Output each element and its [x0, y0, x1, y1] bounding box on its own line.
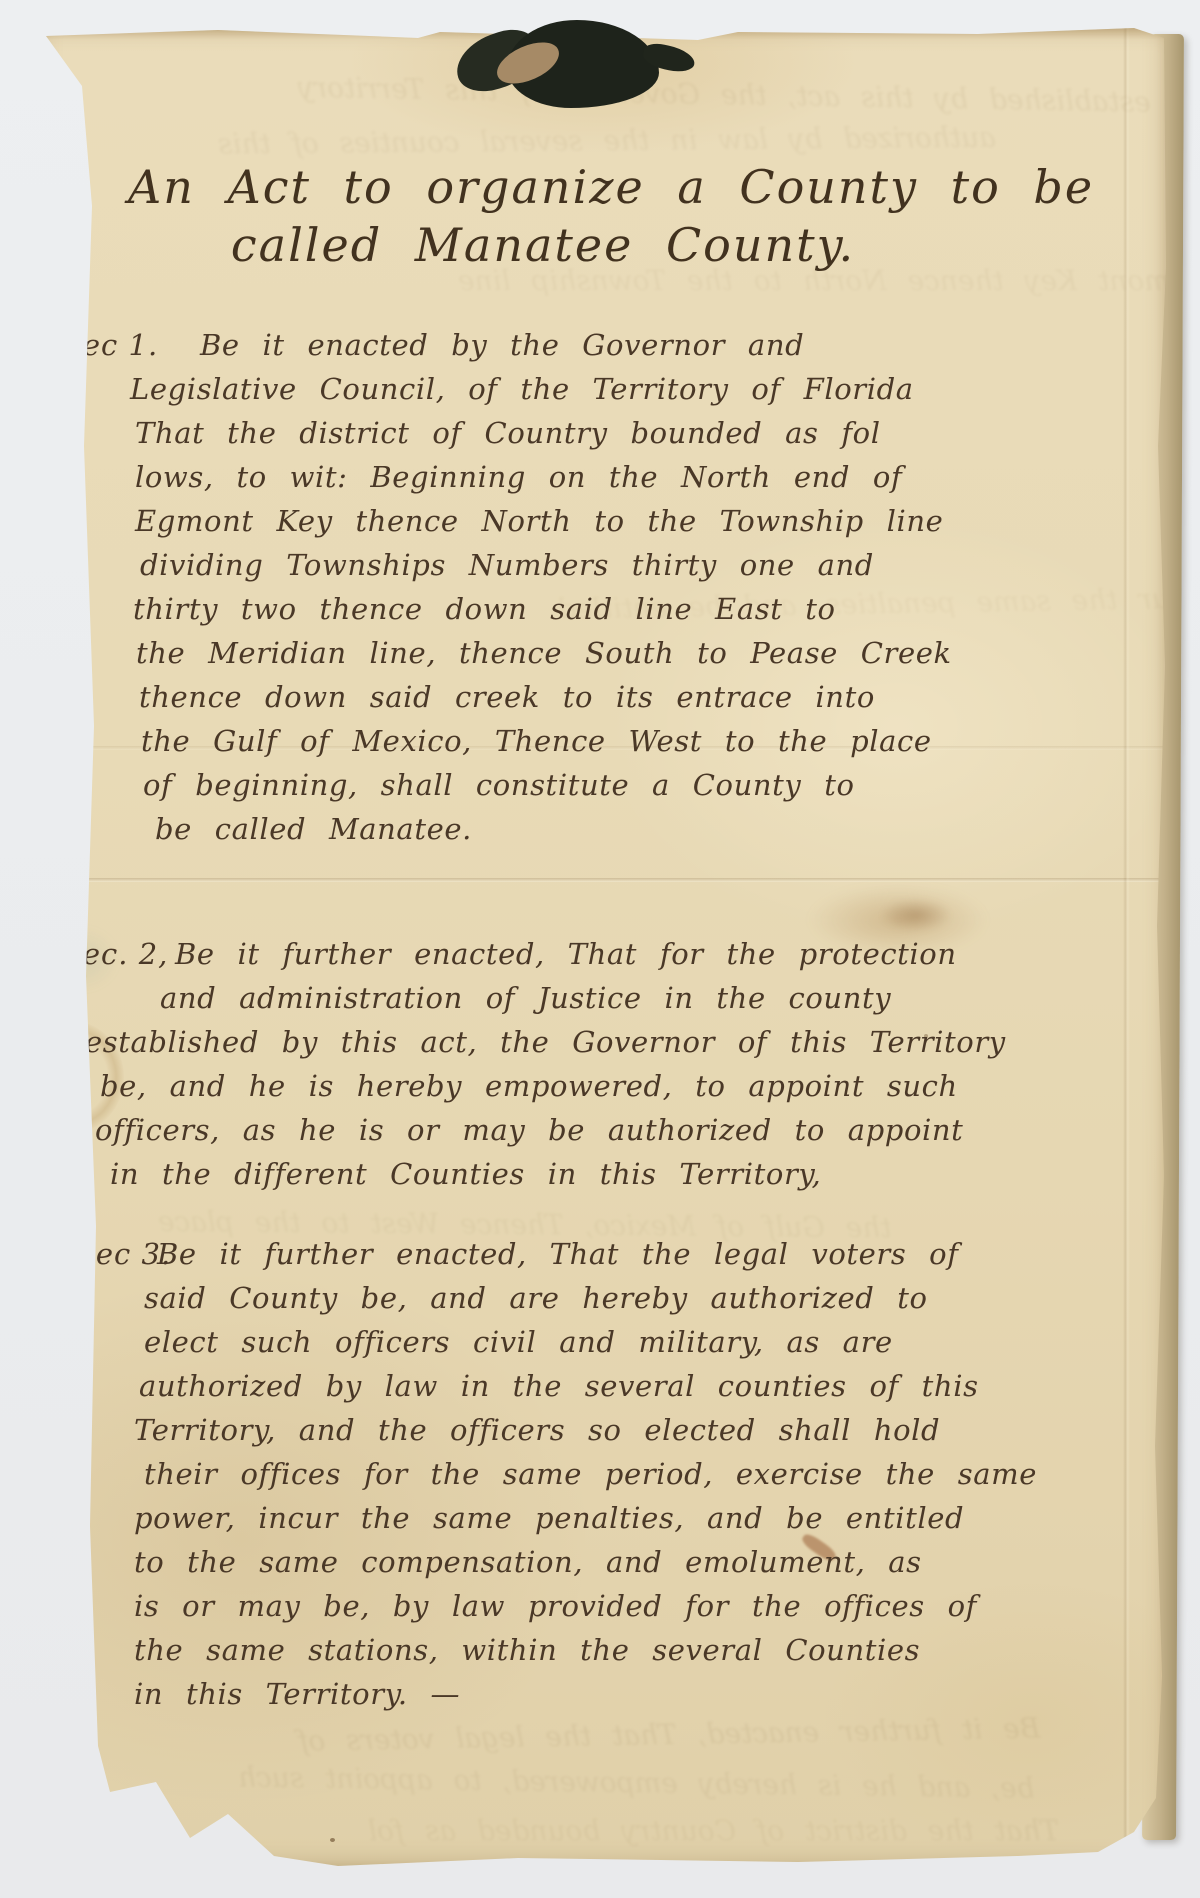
manuscript-line: authorized by law in the several countie… [139, 1364, 1142, 1408]
manuscript-line: the Gulf of Mexico, Thence West to the p… [141, 719, 1142, 763]
manuscript-line: is or may be, by law provided for the of… [134, 1584, 1142, 1628]
manuscript-line: power, incur the same penalties, and be … [134, 1496, 1142, 1540]
section-3: Sec 3. Be it further enacted, That the l… [62, 1232, 1142, 1716]
manuscript-line: and administration of Justice in the cou… [160, 976, 1142, 1020]
bleed-through-text: Be it further enacted, That the legal vo… [298, 1712, 1041, 1758]
section-label: Sec 3. [75, 1232, 171, 1276]
section-label: Sec 1. [62, 323, 158, 367]
fold-crease [38, 878, 1168, 882]
title-line-2: called Manatee County. [128, 216, 958, 274]
manuscript-line: in the different Counties in this Territ… [110, 1152, 1142, 1196]
manuscript-line: lows, to wit: Beginning on the North end… [135, 455, 1142, 499]
manuscript-line: to the same compensation, and emolument,… [134, 1540, 1142, 1584]
title-line-1: An Act to organize a County to be [128, 158, 958, 216]
bleed-through-text: established by this act, the Governor of… [298, 71, 1151, 119]
manuscript-line: be, and he is hereby empowered, to appoi… [100, 1064, 1142, 1108]
manuscript-line: dividing Townships Numbers thirty one an… [140, 543, 1142, 587]
manuscript-line: Be it enacted by the Governor and [200, 323, 1142, 367]
manuscript-line: officers, as he is or may be authorized … [95, 1108, 1142, 1152]
seal-residue-blob [455, 20, 710, 116]
manuscript-line: elect such officers civil and military, … [144, 1320, 1142, 1364]
manuscript-line: of beginning, shall constitute a County … [143, 763, 1142, 807]
manuscript-line: Be it further enacted, That the legal vo… [157, 1232, 1142, 1276]
manuscript-line: Be it further enacted, That for the prot… [175, 932, 1142, 976]
manuscript-line: the same stations, within the several Co… [134, 1628, 1142, 1672]
speck [330, 1838, 335, 1842]
manuscript-line: thirty two thence down said line East to [133, 587, 1142, 631]
scanner-background: { "colors": { "scanner_background": "#ec… [0, 0, 1200, 1898]
document-title: An Act to organize a County to be called… [128, 158, 958, 274]
manuscript-line: Egmont Key thence North to the Township … [135, 499, 1142, 543]
bleed-through-text: be, and he is hereby empowered, to appoi… [238, 1760, 1035, 1804]
manuscript-line: in this Territory. — [134, 1672, 1142, 1716]
manuscript-line: the Meridian line, thence South to Pease… [136, 631, 1142, 675]
section-2: Sec. 2, Be it further enacted, That for … [62, 932, 1142, 1196]
bleed-through-text: That the district of Country bounded as … [368, 1814, 1059, 1847]
manuscript-line: Legislative Council, of the Territory of… [130, 367, 1142, 411]
section-label: Sec. 2, [62, 932, 168, 976]
section-1: Sec 1. Be it enacted by the Governor and… [62, 323, 1142, 851]
manuscript-line: said County be, and are hereby authorize… [144, 1276, 1142, 1320]
bleed-through-text: authorized by law in the several countie… [218, 121, 996, 161]
manuscript-line: their offices for the same period, exerc… [144, 1452, 1142, 1496]
manuscript-line: thence down said creek to its entrace in… [139, 675, 1142, 719]
manuscript-line: be called Manatee. [155, 807, 1142, 851]
manuscript-page: established by this act, the Governor of… [38, 26, 1168, 1870]
manuscript-line: Territory, and the officers so elected s… [134, 1408, 1142, 1452]
stain [880, 898, 952, 932]
manuscript-line: That the district of Country bounded as … [135, 411, 1142, 455]
manuscript-line: established by this act, the Governor of… [85, 1020, 1142, 1064]
